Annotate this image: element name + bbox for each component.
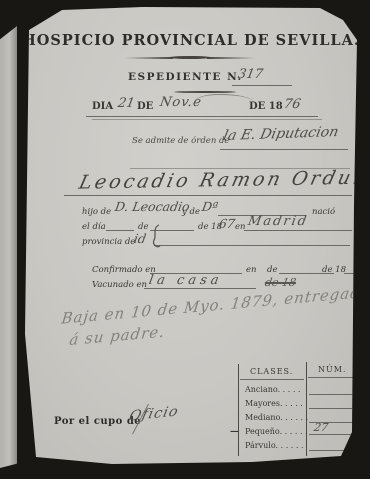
expediente-divider-line (174, 91, 236, 93)
date-underline (86, 116, 318, 117)
page-title: HOSPICIO PROVINCIAL DE SEVILLA. (22, 32, 360, 49)
scanned-document-photo: HOSPICIO PROVINCIAL DE SEVILLA. ESPEDIEN… (0, 0, 370, 479)
table-header-clases: CLASES. (250, 367, 293, 376)
pequeno-num-handwritten: 27 (313, 421, 329, 434)
provincia-de-label: provincia de (82, 237, 135, 247)
provincia-underline (154, 245, 350, 246)
confirm-blank-3 (344, 273, 354, 274)
mother-name-handwritten: Dª (201, 199, 220, 214)
nacio-label: nació (312, 207, 335, 217)
admit-printed-label: Se admite de órden de (132, 136, 229, 146)
birth-year-handwritten: 67 (218, 216, 237, 231)
de-label-1: DE (137, 101, 153, 112)
table-row-label-anciano: Anciano. . . . . (245, 385, 300, 394)
table-row-line-parvulo (309, 450, 353, 451)
cupo-handwritten: Oficio (128, 404, 181, 425)
vaccine-underline (144, 288, 256, 289)
expediente-underline (232, 85, 292, 86)
date-underline-2 (92, 119, 322, 120)
confirm-de-label: de (267, 265, 277, 275)
divider-line-right (207, 57, 255, 59)
pencil-annotation: Baja en 10 de Myo. 1879, entregado á su … (61, 283, 370, 350)
table-row-line-mayores (309, 408, 353, 409)
adjacent-page-edge (0, 26, 17, 468)
de18-label: DE 18 (249, 101, 283, 112)
birthplace-handwritten: Madrid (247, 214, 310, 229)
hijo-de-label: hijo de (82, 207, 111, 217)
month-flourish (194, 94, 254, 104)
confirm-label: Confirmado en (92, 265, 156, 275)
table-row-line-anciano (309, 394, 353, 395)
table-header-underline-left (240, 379, 304, 380)
title-divider-ornament (125, 55, 255, 60)
table-row-label-mediano: Mediano. . . . . . (245, 413, 308, 422)
expediente-label: ESPEDIENTE N. (128, 71, 243, 83)
provincia-flourish (148, 224, 162, 250)
dia-label: DIA (92, 101, 113, 112)
table-left-border (238, 364, 239, 456)
name-underline (64, 195, 352, 196)
provincia-handwritten: id (133, 231, 148, 246)
table-header-underline-right (308, 377, 354, 378)
confirm-en-label: en (246, 265, 257, 275)
document-page: HOSPICIO PROVINCIAL DE SEVILLA. ESPEDIEN… (22, 4, 360, 472)
day-handwritten: 21 (117, 96, 136, 111)
pequeno-row-marker: — (230, 427, 239, 437)
vaccine-label: Vacunado en (92, 280, 147, 290)
divider-line-left (125, 57, 173, 59)
admit-underline (220, 149, 348, 150)
year-handwritten: 76 (283, 97, 302, 112)
admit-handwritten: la E. Diputacion (222, 124, 340, 144)
confirm-de18-label: de 18 (322, 265, 346, 275)
divider-center (169, 56, 211, 60)
table-row-label-pequeno: Pequeño. . . . . . (245, 427, 308, 436)
table-row-line-pequeno (309, 434, 353, 435)
table-row-label-parvulo: Párvulo. . . . . . (245, 441, 304, 450)
table-header-num: NÚM. (318, 365, 346, 374)
expediente-number-handwritten: 317 (237, 67, 264, 82)
el-dia-label: el día (82, 222, 106, 232)
father-name-handwritten: D. Leocadio (114, 199, 191, 214)
table-column-divider (306, 362, 307, 456)
birthplace-underline (244, 230, 352, 231)
vaccine-place-handwritten: la casa (148, 273, 224, 288)
day-blank-line (106, 230, 134, 231)
inmate-name-handwritten: Leocadio Ramon Orduña (77, 166, 370, 193)
vaccine-struck-text: de 18 (264, 276, 297, 289)
y-de-label: y de (182, 207, 200, 217)
table-row-label-mayores: Mayores. . . . . (245, 399, 303, 408)
